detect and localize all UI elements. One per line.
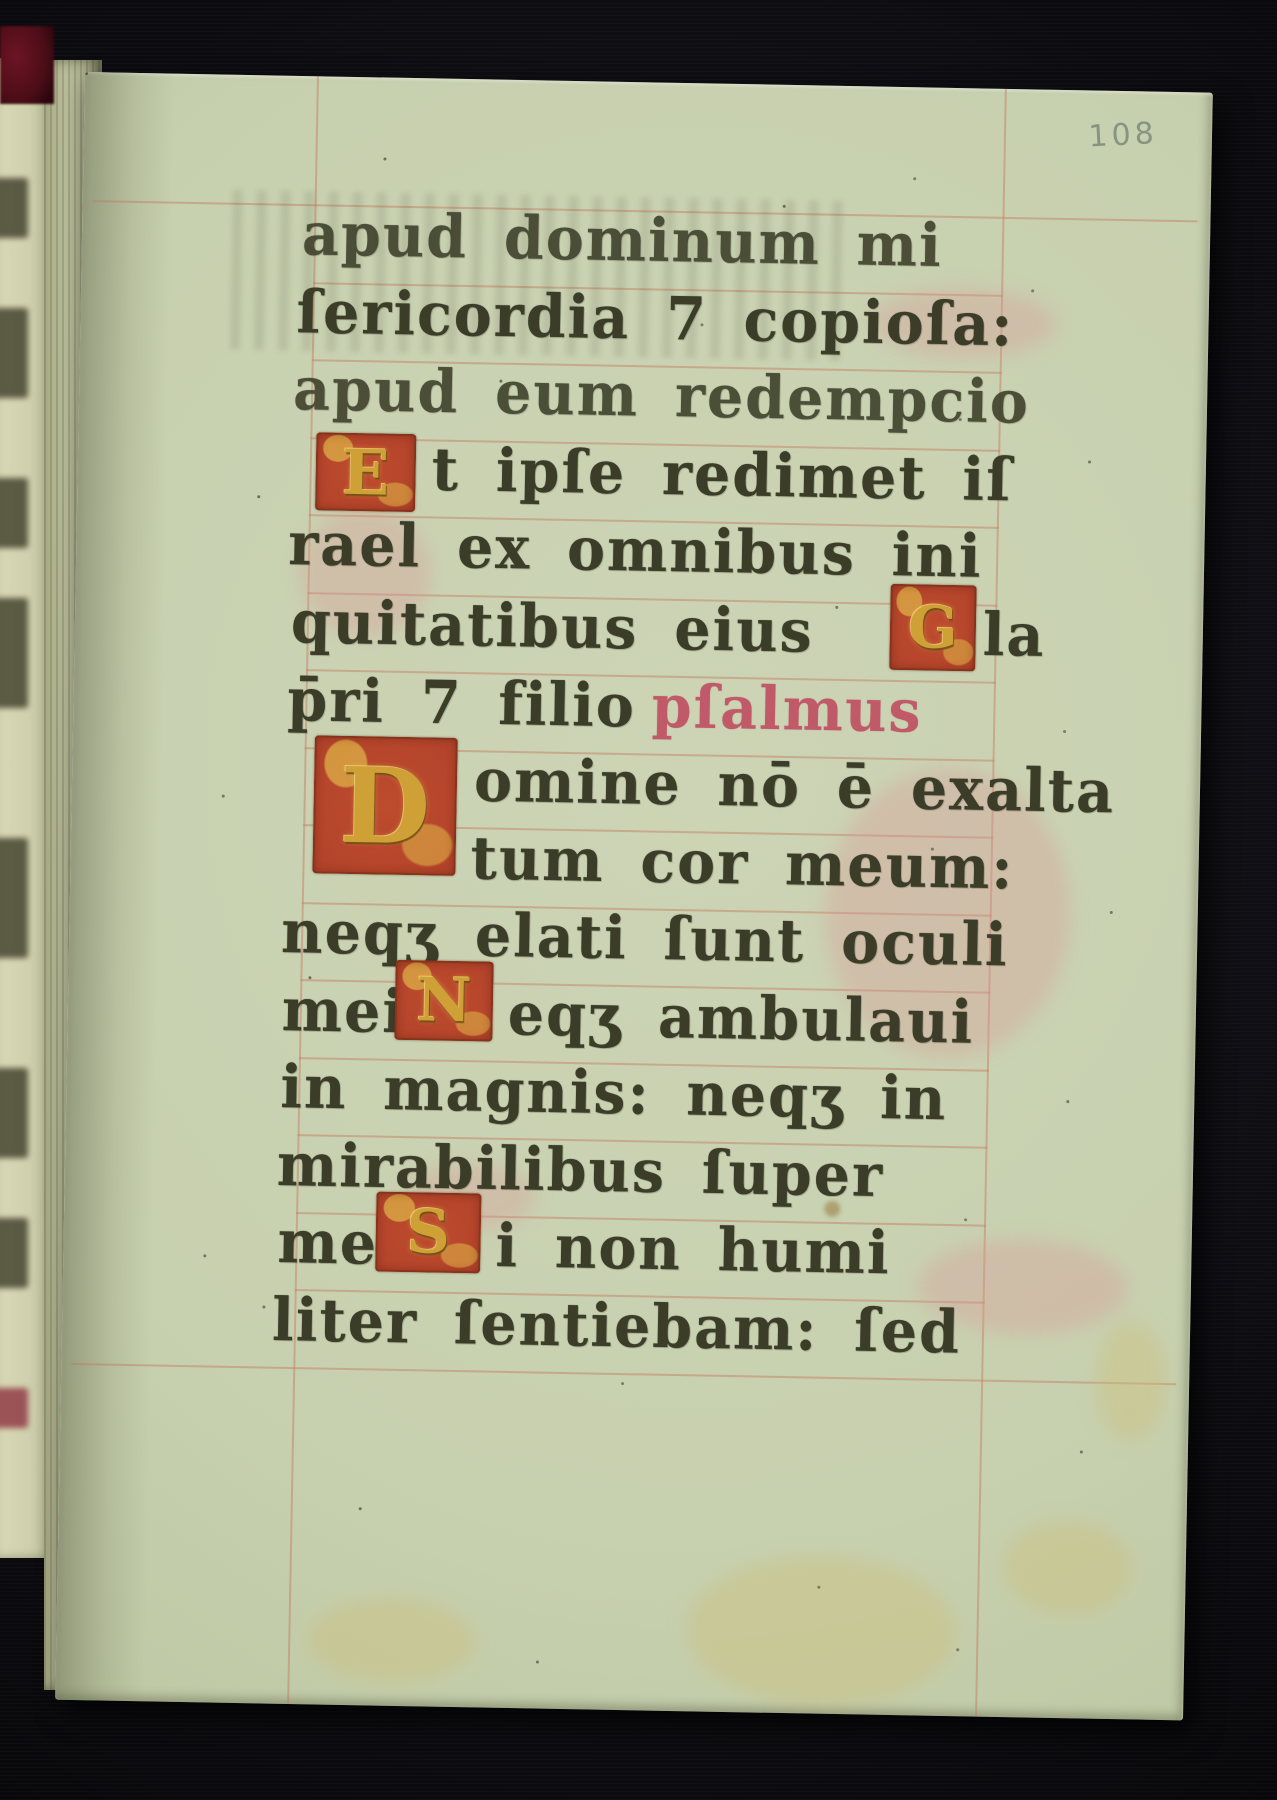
- text-line: i non humi: [495, 1206, 892, 1294]
- ruling-grid: [85, 72, 1213, 93]
- bleed-text-fragment: [0, 598, 28, 708]
- illuminated-initial-N: N: [394, 960, 493, 1042]
- stain: [1095, 1321, 1167, 1442]
- illuminated-initial-E: E: [315, 432, 416, 512]
- velvet-binding: [0, 26, 54, 104]
- rubric-psalmus: pſalmus: [651, 672, 923, 747]
- illuminated-initial-G: G: [889, 584, 977, 672]
- manuscript-photo: 108 apud dominum mi ſericordia 7 copioſa…: [0, 0, 1277, 1800]
- text-line: tum cor meum:: [470, 818, 1015, 909]
- text-line: apud eum redempcio: [292, 349, 1030, 444]
- stain: [685, 1553, 958, 1708]
- text-line-prefix: me: [277, 1202, 379, 1285]
- bleed-rubric-fragment: [0, 1388, 28, 1428]
- bleed-text-fragment: [0, 838, 28, 958]
- illuminated-initial-S: S: [375, 1192, 481, 1274]
- parchment-page: 108 apud dominum mi ſericordia 7 copioſa…: [55, 72, 1213, 1720]
- text-line: eqʒ ambulaui: [507, 974, 975, 1064]
- bleed-text-fragment: [0, 1068, 28, 1158]
- stain: [1002, 1519, 1134, 1616]
- text-line: quitatibus eius: [290, 582, 814, 673]
- bleed-text-fragment: [0, 478, 28, 548]
- text-segment: p̄ri 7 filio: [287, 665, 637, 741]
- text-line-prefix: mei: [281, 970, 407, 1053]
- bleed-text-fragment: [0, 178, 28, 238]
- bleed-text-fragment: [0, 308, 28, 398]
- illuminated-initial-D: D: [312, 735, 458, 876]
- parchment-speckles: [85, 72, 88, 75]
- text-line-suffix: la: [982, 595, 1046, 677]
- text-line: liter ſentiebam: ſed: [271, 1280, 961, 1374]
- folio-number: 108: [1088, 115, 1180, 170]
- stain: [306, 1596, 478, 1684]
- bleed-text-fragment: [0, 1218, 28, 1288]
